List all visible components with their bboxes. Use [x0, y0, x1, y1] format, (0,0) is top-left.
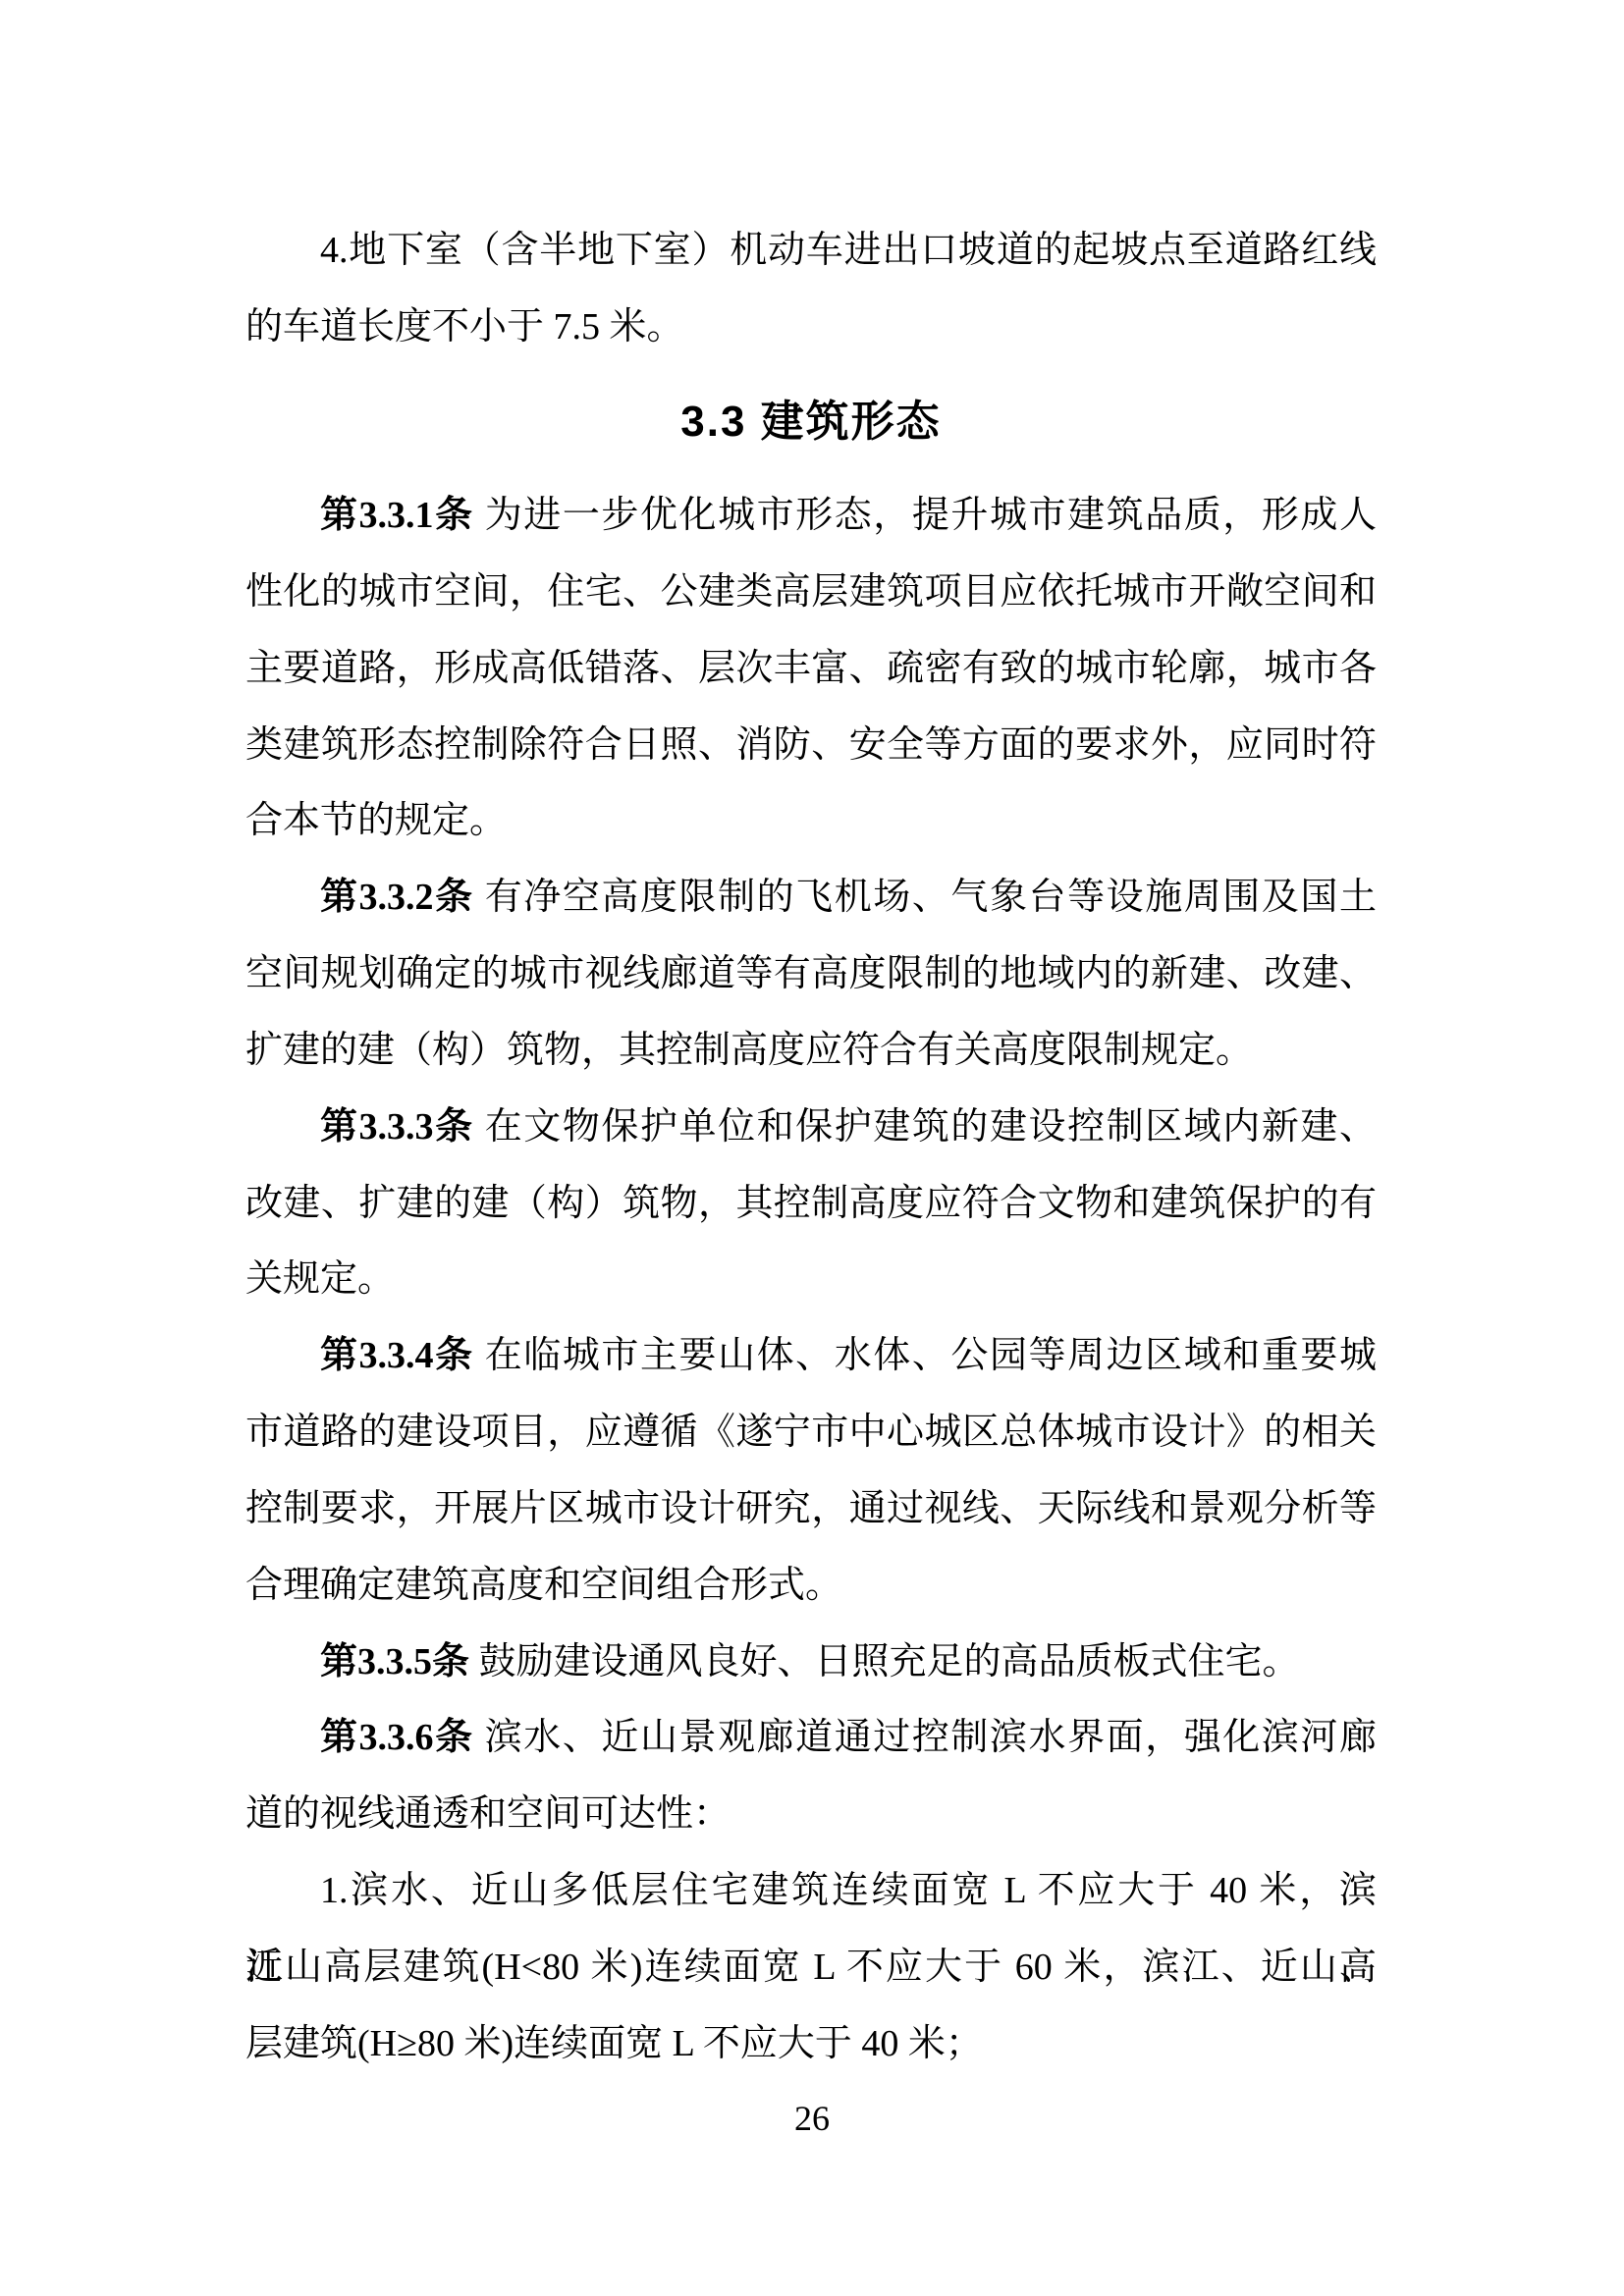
text-line: 第3.3.6条 滨水、近山景观廊道通过控制滨水界面，强化滨河廊 [245, 1700, 1377, 1777]
text-line: 空间规划确定的城市视线廊道等有高度限制的地域内的新建、改建、 [245, 936, 1377, 1013]
line-text: 控制要求，开展片区城市设计研究，通过视线、天际线和景观分析等 [245, 1488, 1377, 1529]
line-text: 为进一步优化城市形态，提升城市建筑品质，形成人 [474, 495, 1377, 536]
text-line: 市道路的建设项目，应遵循《遂宁市中心城区总体城市设计》的相关 [245, 1395, 1377, 1471]
line-text: 扩建的建（构）筑物，其控制高度应符合有关高度限制规定。 [245, 1030, 1253, 1071]
line-text: 的车道长度不小于 7.5 米。 [245, 306, 684, 347]
clause-number: 第3.3.4条 [320, 1335, 474, 1376]
text-line: 第3.3.1条 为进一步优化城市形态，提升城市建筑品质，形成人 [245, 478, 1377, 555]
text-line: 改建、扩建的建（构）筑物，其控制高度应符合文物和建筑保护的有 [245, 1166, 1377, 1243]
clause-number: 第3.3.1条 [320, 495, 474, 536]
line-text: 合理确定建筑高度和空间组合形式。 [245, 1565, 842, 1606]
line-text: 3.3 建筑形态 [680, 398, 941, 446]
line-text: 改建、扩建的建（构）筑物，其控制高度应符合文物和建筑保护的有 [245, 1183, 1377, 1224]
line-text: 道的视线通透和空间可达性： [245, 1793, 731, 1835]
text-line: 主要道路，形成高低错落、层次丰富、疏密有致的城市轮廓，城市各 [245, 631, 1377, 708]
section-heading: 3.3 建筑形态 [245, 366, 1377, 478]
text-line: 层建筑(H≥80 米)连续面宽 L 不应大于 40 米； [245, 2006, 1377, 2083]
clause-number: 第3.3.6条 [320, 1717, 474, 1758]
text-line: 扩建的建（构）筑物，其控制高度应符合有关高度限制规定。 [245, 1013, 1377, 1090]
line-text: 有净空高度限制的飞机场、气象台等设施周围及国土 [474, 877, 1377, 918]
line-text: 空间规划确定的城市视线廊道等有高度限制的地域内的新建、改建、 [245, 953, 1377, 994]
line-text: 在文物保护单位和保护建筑的建设控制区域内新建、 [474, 1106, 1377, 1148]
text-line: 性化的城市空间，住宅、公建类高层建筑项目应依托城市开敞空间和 [245, 555, 1377, 631]
text-line: 近山高层建筑(H<80 米)连续面宽 L 不应大于 60 米，滨江、近山高 [245, 1930, 1377, 2006]
line-text: 市道路的建设项目，应遵循《遂宁市中心城区总体城市设计》的相关 [245, 1412, 1377, 1453]
line-text: 滨水、近山景观廊道通过控制滨水界面，强化滨河廊 [474, 1717, 1377, 1758]
line-text: 层建筑(H≥80 米)连续面宽 L 不应大于 40 米； [245, 2023, 983, 2064]
line-text: 主要道路，形成高低错落、层次丰富、疏密有致的城市轮廓，城市各 [245, 648, 1377, 689]
text-block: 4.地下室（含半地下室）机动车进出口坡道的起坡点至道路红线的车道长度不小于 7.… [245, 213, 1377, 2083]
line-text: 4.地下室（含半地下室）机动车进出口坡道的起坡点至道路红线 [320, 230, 1377, 271]
line-text: 近山高层建筑(H<80 米)连续面宽 L 不应大于 60 米，滨江、近山高 [245, 1947, 1377, 1988]
text-line: 第3.3.3条 在文物保护单位和保护建筑的建设控制区域内新建、 [245, 1090, 1377, 1166]
line-text: 合本节的规定。 [245, 800, 507, 841]
line-text: 关规定。 [245, 1258, 395, 1300]
text-line: 道的视线通透和空间可达性： [245, 1777, 1377, 1853]
text-line: 合理确定建筑高度和空间组合形式。 [245, 1548, 1377, 1625]
text-line: 合本节的规定。 [245, 783, 1377, 860]
text-line: 关规定。 [245, 1242, 1377, 1318]
page-number: 26 [0, 2089, 1624, 2148]
line-text: 鼓励建设通风良好、日照充足的高品质板式住宅。 [469, 1641, 1300, 1682]
line-text: 性化的城市空间，住宅、公建类高层建筑项目应依托城市开敞空间和 [245, 571, 1377, 613]
text-line: 第3.3.4条 在临城市主要山体、水体、公园等周边区域和重要城 [245, 1318, 1377, 1395]
clause-number: 第3.3.5条 [320, 1641, 469, 1682]
text-line: 类建筑形态控制除符合日照、消防、安全等方面的要求外，应同时符 [245, 708, 1377, 784]
text-line: 4.地下室（含半地下室）机动车进出口坡道的起坡点至道路红线 [245, 213, 1377, 290]
document-page: 4.地下室（含半地下室）机动车进出口坡道的起坡点至道路红线的车道长度不小于 7.… [0, 0, 1624, 2296]
line-text: 类建筑形态控制除符合日照、消防、安全等方面的要求外，应同时符 [245, 724, 1377, 766]
line-text: 在临城市主要山体、水体、公园等周边区域和重要城 [474, 1335, 1377, 1376]
text-line: 的车道长度不小于 7.5 米。 [245, 290, 1377, 366]
text-line: 第3.3.2条 有净空高度限制的飞机场、气象台等设施周围及国土 [245, 860, 1377, 936]
text-line: 1.滨水、近山多低层住宅建筑连续面宽 L 不应大于 40 米，滨江、 [245, 1853, 1377, 1930]
text-line: 控制要求，开展片区城市设计研究，通过视线、天际线和景观分析等 [245, 1471, 1377, 1548]
clause-number: 第3.3.3条 [320, 1106, 474, 1148]
text-line: 第3.3.5条 鼓励建设通风良好、日照充足的高品质板式住宅。 [245, 1625, 1377, 1701]
clause-number: 第3.3.2条 [320, 877, 474, 918]
